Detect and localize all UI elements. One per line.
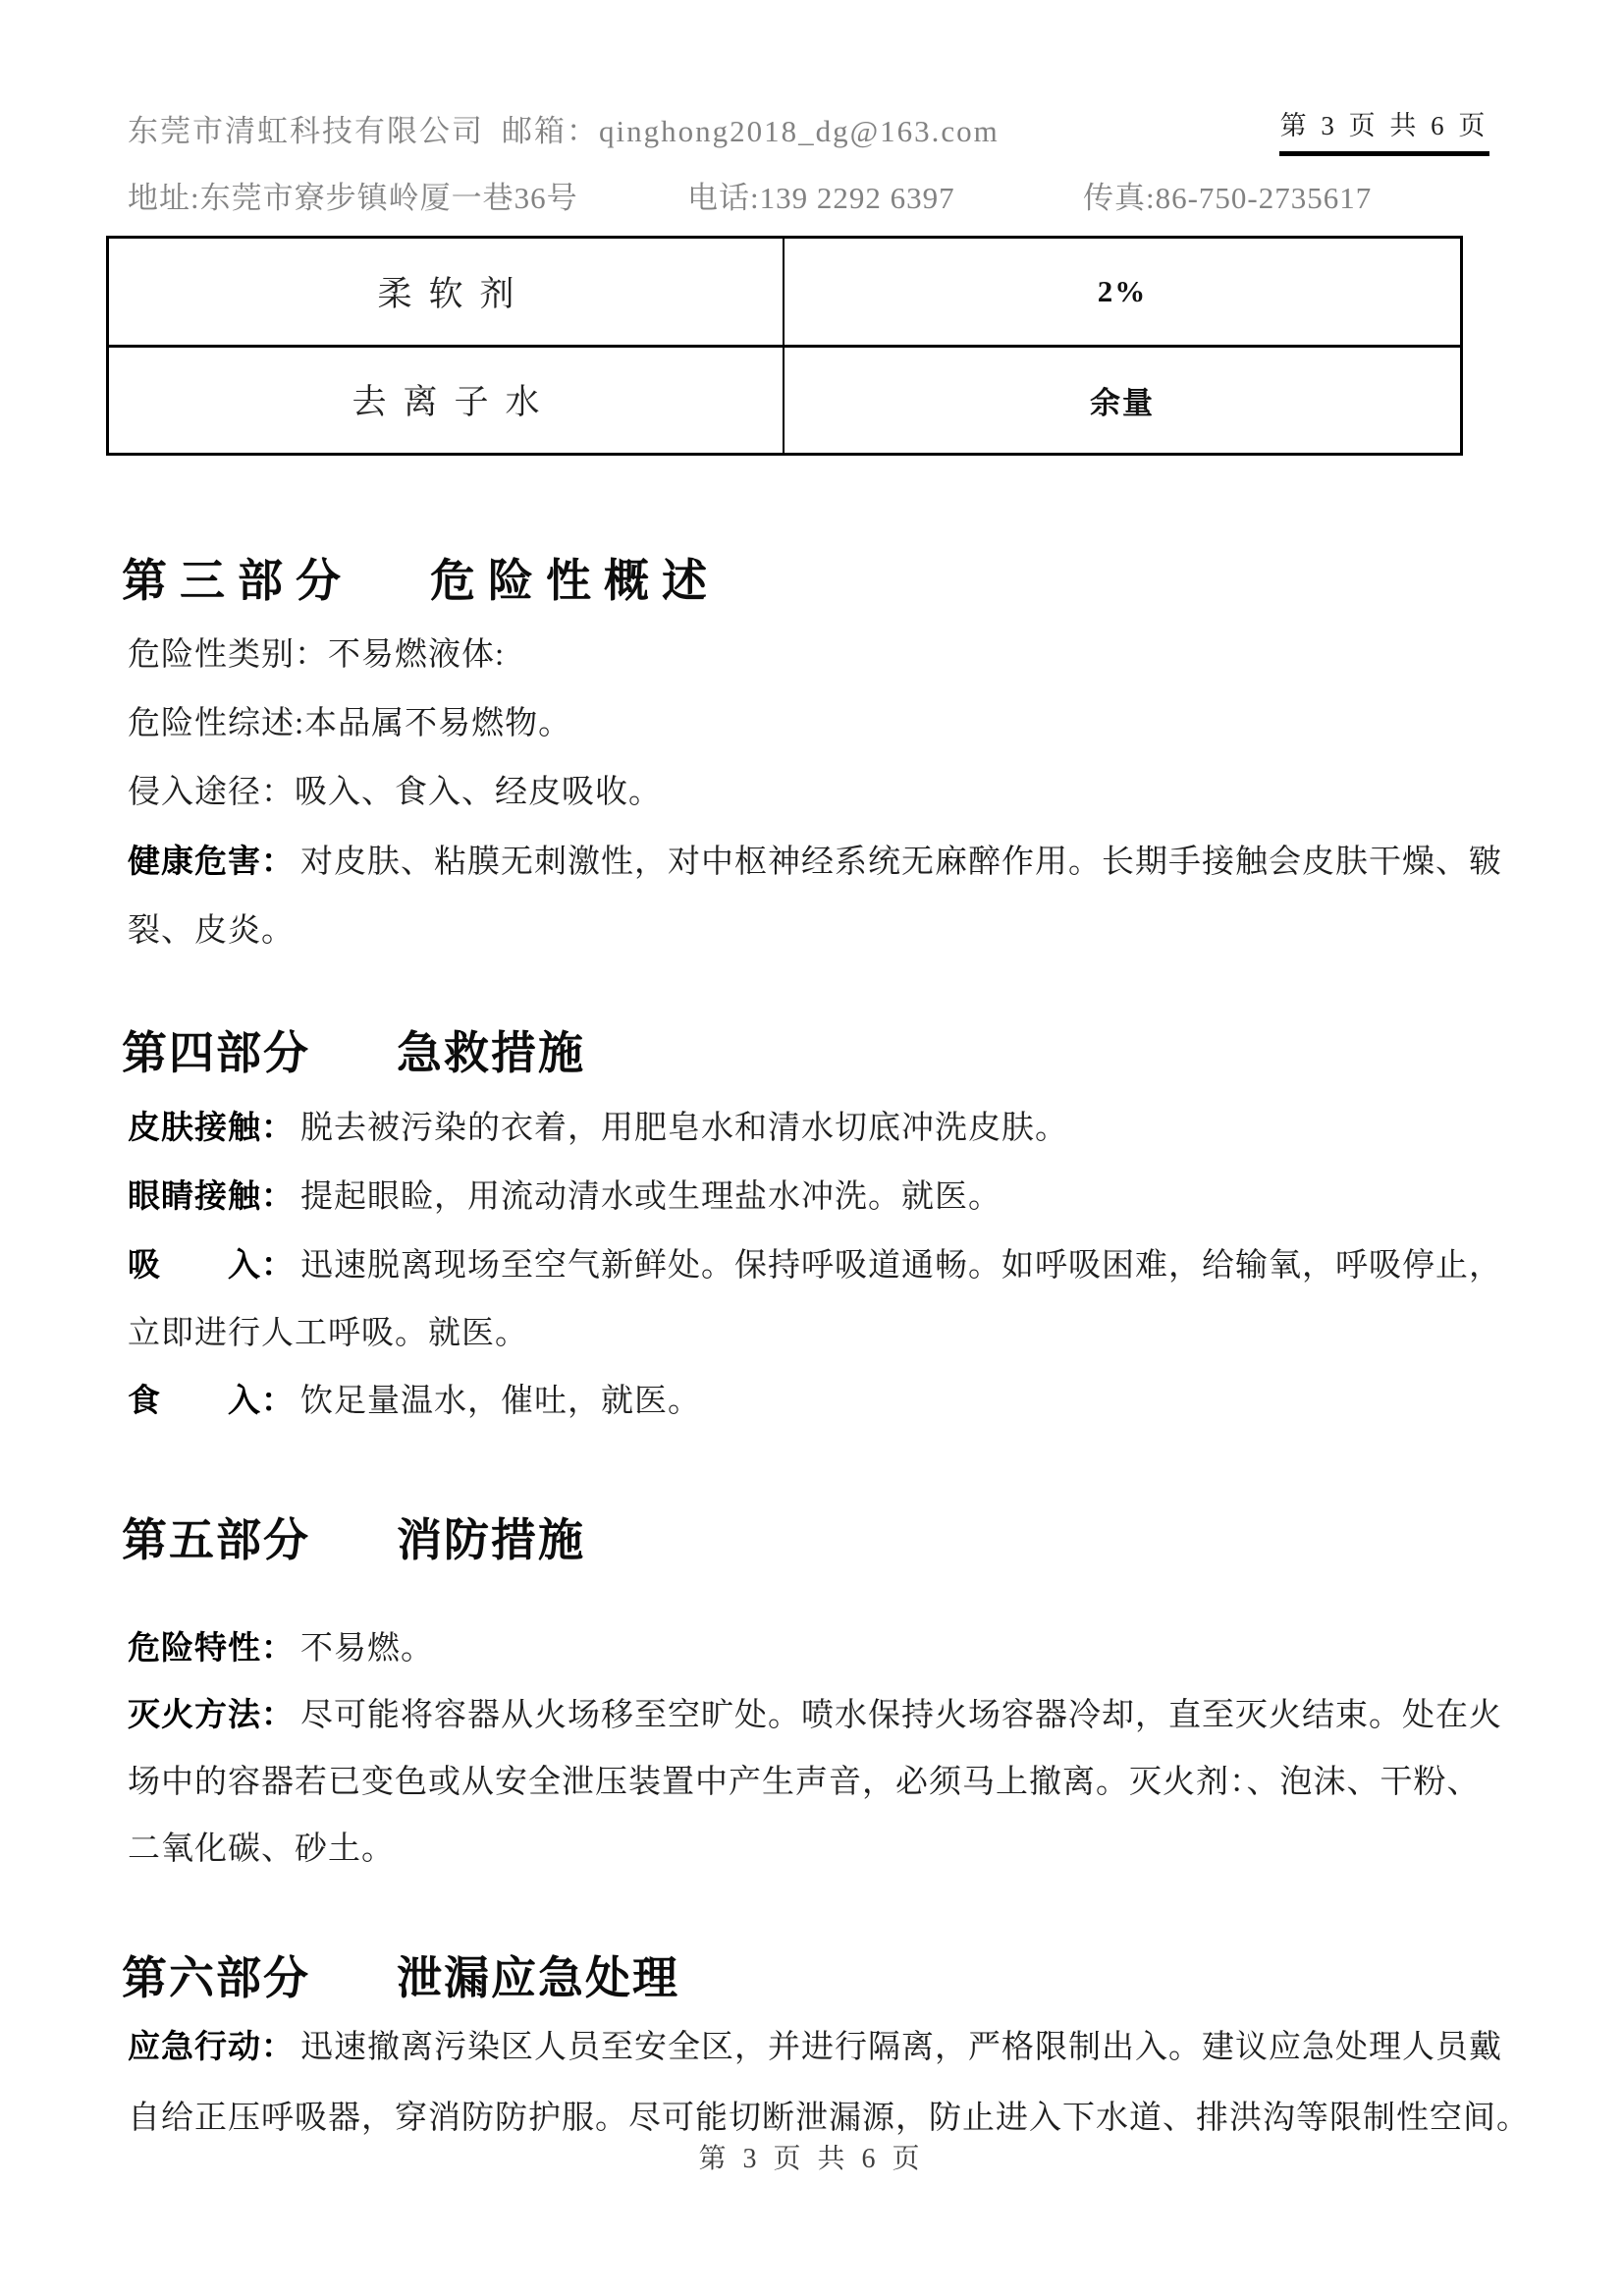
body-line: 裂、皮炎。 (128, 904, 1512, 951)
company-name: 东莞市清虹科技有限公司 (128, 114, 484, 148)
line-label: 应急行动： (128, 2028, 295, 2064)
section-part3-heading: 第三部分危险性概述 (122, 545, 720, 610)
line-text: 侵入途径：吸入、食入、经皮吸收。 (128, 775, 662, 810)
proportion-cell: 余量 (784, 348, 1460, 454)
page-indicator-top: 第 3 页 共 6 页 (1279, 104, 1489, 156)
section-title: 消防措施 (397, 1514, 585, 1565)
section-number: 第四部分 (122, 1027, 310, 1078)
body-line: 食 入：饮足量温水，催吐，就医。 (128, 1375, 1512, 1421)
header-line-1: 东莞市清虹科技有限公司邮箱：qinghong2018_dg@163.com (128, 106, 1000, 150)
company-phone: 电话:139 2292 6397 (687, 173, 955, 217)
line-text: 二氧化碳、砂土。 (128, 1831, 395, 1867)
section-title: 泄漏应急处理 (397, 1952, 679, 2003)
section-title: 急救措施 (397, 1027, 585, 1078)
section-part6-heading: 第六部分泄漏应急处理 (122, 1942, 679, 2007)
body-line: 自给正压呼吸器，穿消防防护服。尽可能切断泄漏源，防止进入下水道、排洪沟等限制性空… (128, 2092, 1512, 2138)
section-number: 第三部分 (122, 555, 353, 606)
line-label: 皮肤接触： (128, 1109, 295, 1145)
footer-page-indicator: 第 3 页 共 6 页 (698, 2144, 924, 2174)
line-text: 立即进行人工呼吸。就医。 (128, 1316, 528, 1351)
section-part5-heading: 第五部分消防措施 (122, 1504, 585, 1569)
line-text: 危险性综述:本品属不易燃物。 (128, 706, 571, 741)
line-label: 吸 入： (128, 1246, 295, 1283)
line-text: 对皮肤、粘膜无刺激性，对中枢神经系统无麻醉作用。长期手接触会皮肤干燥、皲 (300, 845, 1502, 880)
body-line: 二氧化碳、砂土。 (128, 1823, 1512, 1869)
company-address: 地址:东莞市寮步镇岭厦一巷36号 (128, 173, 578, 217)
page-footer: 第 3 页 共 6 页 (0, 2137, 1623, 2176)
line-text: 提起眼睑，用流动清水或生理盐水冲洗。就医。 (300, 1179, 1001, 1215)
body-line: 吸 入：迅速脱离现场至空气新鲜处。保持呼吸道通畅。如呼吸困难，给输氧，呼吸停止， (128, 1239, 1512, 1285)
body-line: 应急行动：迅速撤离污染区人员至安全区，并进行隔离，严格限制出入。建议应急处理人员… (128, 2021, 1512, 2067)
company-fax: 传真:86-750-2735617 (1083, 173, 1372, 217)
body-line: 眼睛接触：提起眼睑，用流动清水或生理盐水冲洗。就医。 (128, 1171, 1512, 1217)
body-line: 立即进行人工呼吸。就医。 (128, 1307, 1512, 1353)
line-text: 迅速脱离现场至空气新鲜处。保持呼吸道通畅。如呼吸困难，给输氧，呼吸停止， (300, 1248, 1502, 1284)
section-title: 危险性概述 (430, 555, 720, 606)
line-text: 尽可能将容器从火场移至空旷处。喷水保持火场容器冷却，直至灭火结束。处在火 (300, 1698, 1502, 1733)
body-line: 危险性类别：不易燃液体: (128, 629, 1512, 675)
table-row: 柔软剂 2% (109, 239, 1460, 348)
company-email: 邮箱：qinghong2018_dg@163.com (502, 114, 1000, 148)
body-line: 危险性综述:本品属不易燃物。 (128, 697, 1512, 743)
composition-table: 柔软剂 2% 去离子水 余量 (106, 236, 1463, 456)
line-text: 场中的容器若已变色或从安全泄压装置中产生声音，必须马上撤离。灭火剂：、泡沫、干粉… (128, 1765, 1481, 1800)
line-label: 食 入： (128, 1382, 295, 1418)
body-line: 皮肤接触：脱去被污染的衣着，用肥皂水和清水切底冲洗皮肤。 (128, 1102, 1512, 1148)
proportion-cell: 2% (784, 239, 1460, 345)
line-label: 健康危害： (128, 843, 295, 879)
section-number: 第六部分 (122, 1952, 310, 2003)
body-line: 灭火方法：尽可能将容器从火场移至空旷处。喷水保持火场容器冷却，直至灭火结束。处在… (128, 1689, 1512, 1735)
line-label: 危险特性： (128, 1629, 295, 1666)
line-text: 脱去被污染的衣着，用肥皂水和清水切底冲洗皮肤。 (300, 1111, 1068, 1146)
section-number: 第五部分 (122, 1514, 310, 1565)
table-row: 去离子水 余量 (109, 348, 1460, 454)
msds-document-page: 东莞市清虹科技有限公司邮箱：qinghong2018_dg@163.com 第 … (0, 0, 1623, 2296)
body-line: 健康危害：对皮肤、粘膜无刺激性，对中枢神经系统无麻醉作用。长期手接触会皮肤干燥、… (128, 836, 1512, 882)
component-cell: 去离子水 (109, 348, 784, 454)
header-line-2: 地址:东莞市寮步镇岭厦一巷36号 电话:139 2292 6397 传真:86-… (0, 173, 1623, 212)
line-text: 裂、皮炎。 (128, 913, 295, 949)
line-label: 眼睛接触： (128, 1177, 295, 1214)
body-line: 危险特性：不易燃。 (128, 1622, 1512, 1668)
section-part4-heading: 第四部分急救措施 (122, 1017, 585, 1082)
line-text: 不易燃。 (300, 1631, 434, 1667)
body-line: 侵入途径：吸入、食入、经皮吸收。 (128, 766, 1512, 812)
line-text: 自给正压呼吸器，穿消防防护服。尽可能切断泄漏源，防止进入下水道、排洪沟等限制性空… (128, 2101, 1530, 2136)
component-cell: 柔软剂 (109, 239, 784, 345)
body-line: 场中的容器若已变色或从安全泄压装置中产生声音，必须马上撤离。灭火剂：、泡沫、干粉… (128, 1756, 1512, 1802)
line-text: 迅速撤离污染区人员至安全区，并进行隔离，严格限制出入。建议应急处理人员戴 (300, 2030, 1502, 2065)
line-text: 危险性类别：不易燃液体: (128, 637, 505, 673)
line-text: 饮足量温水，催吐，就医。 (300, 1384, 701, 1419)
line-label: 灭火方法： (128, 1696, 295, 1732)
